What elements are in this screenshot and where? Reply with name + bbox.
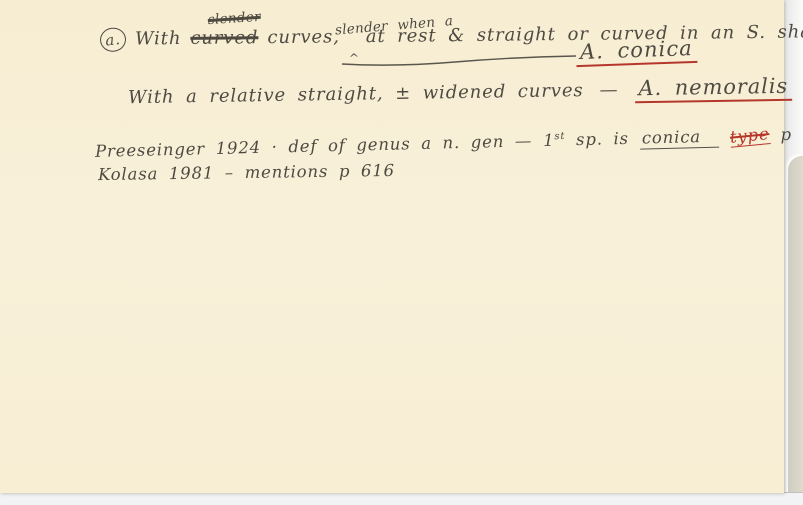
card-behind-edge [788, 156, 803, 505]
species-a-nemoralis: A. nemoralis [634, 74, 792, 103]
connector-line [340, 52, 578, 68]
handwritten-line-1: a. With slender curved curves, ^ slender… [100, 20, 803, 52]
scanner-background-bottom [0, 492, 803, 505]
line2-dash: — [599, 80, 618, 101]
handwritten-line-3: Preeseinger 1924 · def of genus a n. gen… [95, 124, 803, 163]
line2-text: With a relative straight, ± widened curv… [128, 80, 584, 108]
reference-preeseinger: Preeseinger 1924 · def of genus a n. gen… [95, 131, 533, 161]
handwritten-line-2: With a relative straight, ± widened curv… [128, 74, 792, 111]
index-card: a. With slender curved curves, ^ slender… [0, 0, 784, 493]
struck-word-slender: slender [208, 9, 262, 28]
struck-words: slender curved [190, 27, 258, 49]
species-a-conica: A. conica [576, 36, 698, 67]
reference-kolasa: Kolasa 1981 – mentions p 616 [98, 161, 395, 184]
scanned-card-image: a. With slender curved curves, ^ slender… [0, 0, 803, 505]
type-annotation: type [729, 124, 770, 148]
page-number-75: p 75 [780, 124, 803, 144]
line1-lead: With [135, 28, 182, 49]
species-conica-mention: conica [640, 127, 720, 150]
circled-letter-a: a. [99, 26, 128, 53]
ordinal-suffix: st [554, 131, 565, 142]
struck-word-curved: curved [190, 27, 258, 49]
line1-curves: curves, [267, 26, 340, 48]
first-species-note: 1st sp. is [543, 129, 629, 150]
